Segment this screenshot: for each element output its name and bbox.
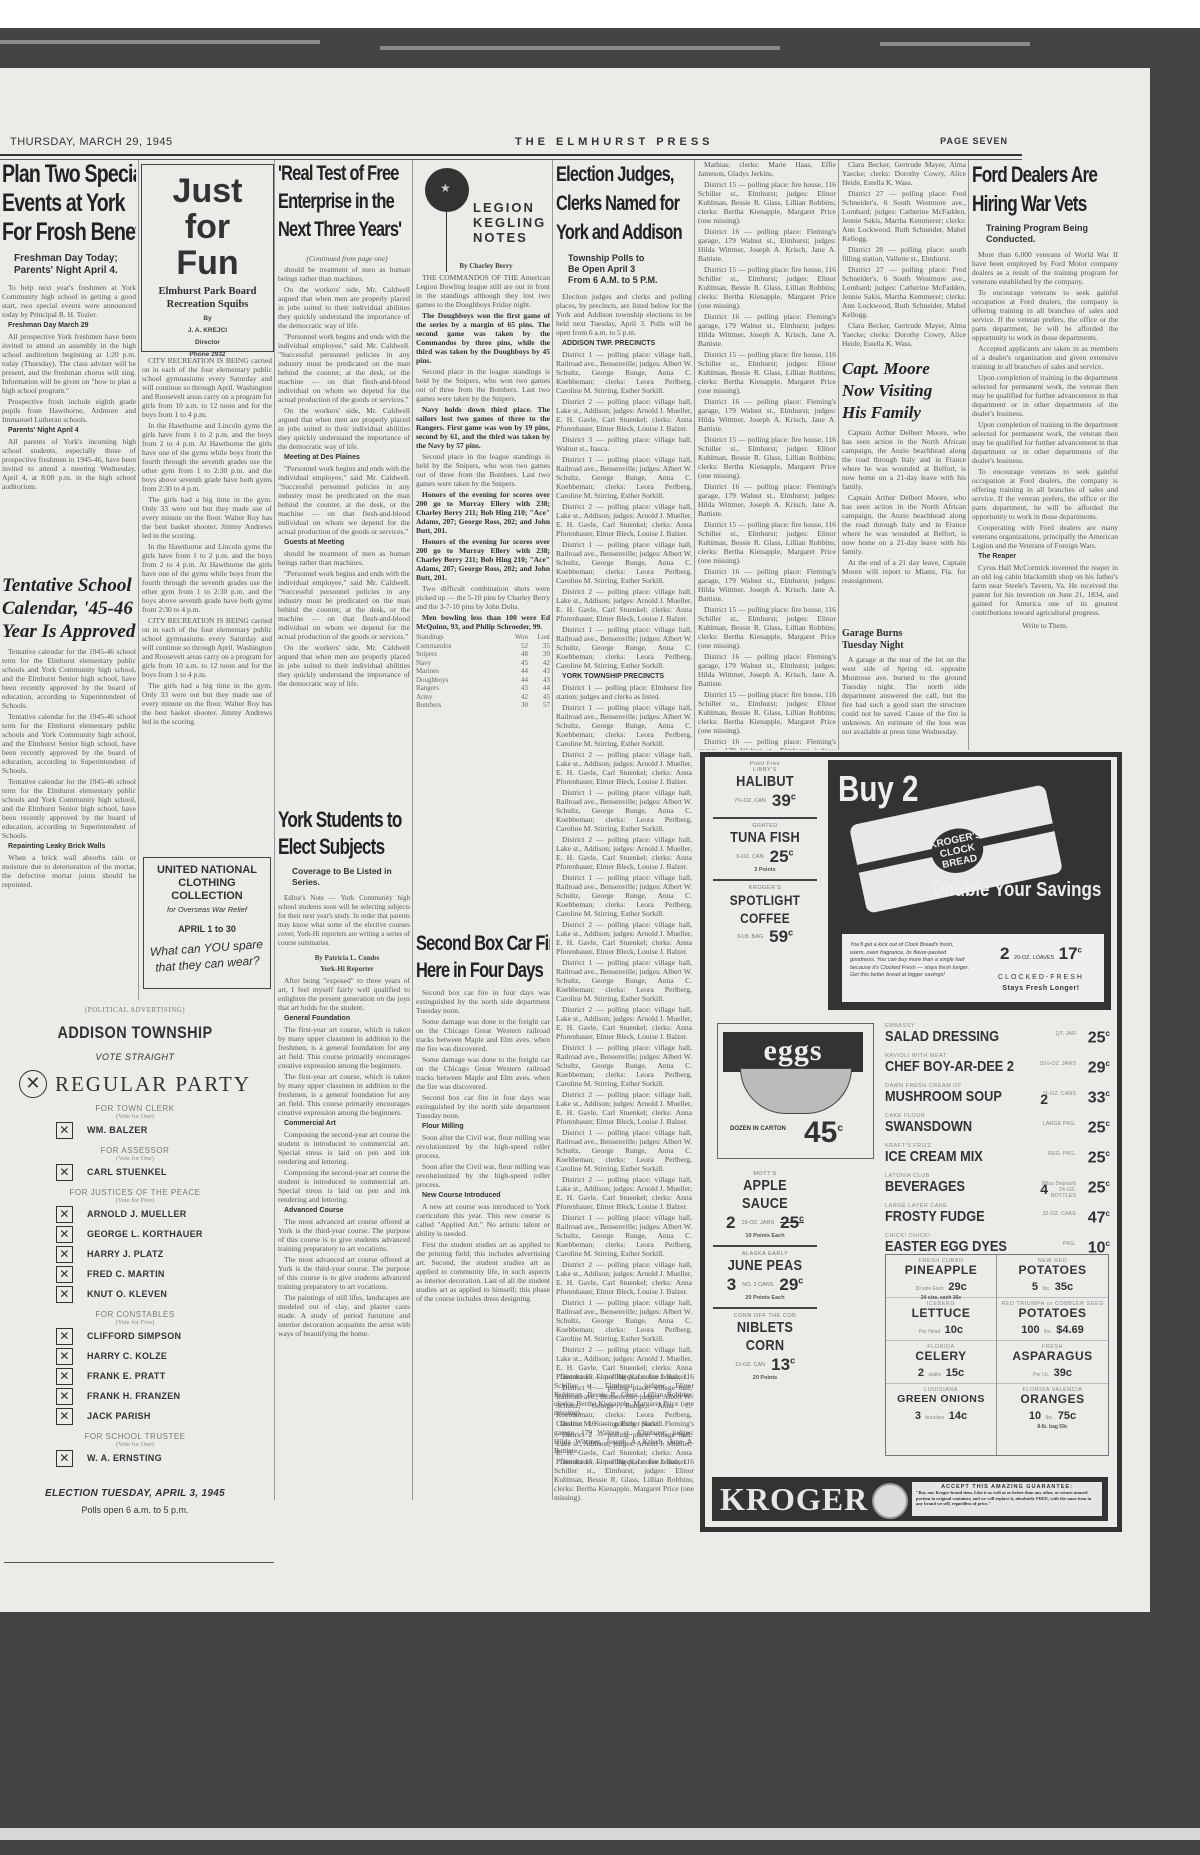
headline-line: Tuesday Night xyxy=(842,640,966,652)
article-paragraph: District 15 — polling place: fire house,… xyxy=(554,1457,694,1502)
team-cell: Rangers xyxy=(416,684,506,693)
won-cell: 30 xyxy=(506,701,528,710)
article-paragraph: Clara Becker, Gertrude Mayer, Alma Yaeck… xyxy=(842,160,966,187)
team-cell: Army xyxy=(416,693,506,702)
article-paragraph: On the workers' side, Mr. Caldwell argue… xyxy=(278,406,410,451)
american-legion-emblem-icon xyxy=(425,168,469,212)
price-row: 3-LB. BAG59c xyxy=(713,927,817,947)
office-label: FOR CONSTABLES xyxy=(0,1310,270,1319)
price-row: 216-OZ. JARS25c xyxy=(713,1213,817,1233)
checked-box-icon: ✕ xyxy=(56,1388,73,1405)
article-paragraph: District 27 — polling place: Fred Schnei… xyxy=(842,189,966,243)
newspaper-name: THE ELMHURST PRESS xyxy=(515,136,714,148)
table-row: Navy4542 xyxy=(416,659,550,668)
continued-note: (Continued from page one) xyxy=(278,254,410,263)
article-paragraph: Some damage was done to the freight car … xyxy=(416,1055,550,1091)
candidate-name: FRED C. MARTIN xyxy=(87,1269,165,1279)
article-paragraph: Second box car fire in four days was ext… xyxy=(416,1093,550,1120)
item-unit: NO. 2 CANS xyxy=(742,1282,773,1288)
column-divider xyxy=(412,160,413,1500)
item-qty: 3 xyxy=(727,1275,736,1295)
produce-item: NEW REDPOTATOES5 lbs. 35c xyxy=(997,1255,1108,1298)
ad-item: KROGER'S SPOTLIGHT COFFEE 3-LB. BAG59c xyxy=(713,881,817,953)
item-name: JUNE PEAS xyxy=(721,1257,809,1275)
ballot-bottom-rule xyxy=(4,1562,274,1563)
produce-grid: FRESH CUBANPINEAPPLE30 size Each 29c24 s… xyxy=(885,1254,1109,1456)
offer-qty: 2 xyxy=(1000,944,1009,963)
offer-unit: 20-OZ. LOAVES xyxy=(1014,955,1054,961)
article-paragraph: CITY RECREATION IS BEING carried on in e… xyxy=(142,616,272,679)
item-unit: 12-OZ. CAN xyxy=(735,1362,765,1368)
column-subtitle: Elmhurst Park Board Recreation Squibs xyxy=(142,285,273,311)
price-row: 7¾-OZ. CAN39c xyxy=(713,791,817,811)
article-capt-moore: Capt. Moore Now Visiting His Family Capt… xyxy=(842,358,966,624)
article-paragraph: The first-year art course, which is take… xyxy=(278,1072,410,1117)
article-paragraph: District 15 — polling place: fire house,… xyxy=(698,690,836,735)
headline-line: Calendar, '45-46 xyxy=(2,597,136,620)
clock-bread-badge: KROGER'S CLOCK BREAD xyxy=(927,824,987,878)
lost-cell: 45 xyxy=(528,693,550,702)
article-paragraph: Composing the second-year art course the… xyxy=(278,1130,410,1166)
column-title: Just xyxy=(142,173,273,209)
candidate-name: HARRY C. KOLZE xyxy=(87,1351,167,1361)
ad-slogan: What can YOU spare that they can wear? xyxy=(143,936,271,977)
column-divider xyxy=(552,160,553,1500)
article-paragraph: A garage at the rear of the lot on the w… xyxy=(842,655,966,736)
headline-line: York Students to xyxy=(278,806,381,833)
checked-box-icon: ✕ xyxy=(56,1450,73,1467)
item-price: $4.69 xyxy=(1056,1324,1084,1336)
issue-date: THURSDAY, MARCH 29, 1945 xyxy=(10,136,173,148)
produce-item: LOUISIANAGREEN ONIONS3 bunches 14c xyxy=(886,1384,996,1427)
article-paragraph: The girls had a big time in the gym. Onl… xyxy=(142,681,272,726)
article-paragraph: District 16 — polling place: Fleming's g… xyxy=(698,227,836,263)
ad-item: MOTT'S APPLE SAUCE 216-OZ. JARS25c 10 Po… xyxy=(713,1167,817,1247)
candidate-row: ✕GEORGE L. KORTHAUER xyxy=(56,1224,270,1244)
table-row: Snipers4839 xyxy=(416,650,550,659)
kroger-left-column: Point Free LIBBY'S HALIBUT 7¾-OZ. CAN39c… xyxy=(705,757,825,953)
won-cell: 42 xyxy=(506,693,528,702)
party-name: REGULAR PARTY xyxy=(55,1072,251,1097)
candidate-row: ✕WM. BALZER xyxy=(56,1120,270,1140)
article-paragraph: District 2 — polling place: village hall… xyxy=(556,1260,692,1296)
won-cell: 43 xyxy=(506,684,528,693)
checked-box-icon: ✕ xyxy=(56,1206,73,1223)
kroger-grocery-ad: Point Free LIBBY'S HALIBUT 7¾-OZ. CAN39c… xyxy=(700,752,1122,1532)
clocked-fresh-label: CLOCKED-FRESH xyxy=(982,974,1100,981)
article-paragraph: In the Hawthorne and Lincoln gyms the gi… xyxy=(142,542,272,614)
article-paragraph: The most advanced art course offered at … xyxy=(278,1255,410,1291)
vote-for-label: (Vote for Five) xyxy=(0,1197,270,1204)
guarantee-box: ACCEPT THIS AMAZING GUARANTEE: "Buy any … xyxy=(912,1482,1102,1516)
eggs-banner: eggs xyxy=(723,1032,863,1072)
article-paragraph: Prospective frosh include eighth grade p… xyxy=(2,397,136,424)
item-unit: Per Lb. xyxy=(1033,1372,1049,1378)
scan-streak xyxy=(380,46,780,50)
candidate-row: ✕JACK PARISH xyxy=(56,1406,270,1426)
eggs-promo: eggs DOZEN IN CARTON 45c xyxy=(717,1023,874,1159)
offer-price: 17 xyxy=(1059,944,1078,963)
ad-item: CAKE FLOURSWANSDOWNLARGE PKG.25c xyxy=(885,1113,1110,1143)
article-paragraph: Cyrus Hall McCormick invented the reaper… xyxy=(972,563,1118,617)
scan-edge-strip xyxy=(0,1828,1200,1840)
article-paragraph: Men bowling less than 100 were Ed McQuin… xyxy=(416,613,550,631)
article-paragraph: Accepted applicants are taken in as memb… xyxy=(972,344,1118,371)
headline-line: Here in Four Days xyxy=(416,957,521,984)
item-unit: 6-OZ. CAN xyxy=(736,854,763,860)
ad-item: EMBASSYSALAD DRESSINGQT. JAR25c xyxy=(885,1023,1110,1053)
table-row: Doughboys4443 xyxy=(416,676,550,685)
checked-box-icon: ✕ xyxy=(56,1286,73,1303)
produce-item: FLORIDA VALENCIAORANGES10 lbs. 75c8-lb. … xyxy=(997,1384,1108,1427)
ad-item: DAWN FRESH CREAM OFMUSHROOM SOUP211-OZ. … xyxy=(885,1083,1110,1113)
article-subhead: Commercial Art xyxy=(278,1119,410,1128)
item-price: 25c xyxy=(1088,1179,1110,1197)
article-paragraph: District 15 — polling place: fire house,… xyxy=(698,350,836,395)
article-box-car-fire: Second Box Car Fire Here in Four Days Se… xyxy=(416,930,550,1520)
item-unit: 32-OZ. CAKE xyxy=(1042,1211,1076,1217)
article-paragraph: On the workers' side, Mr. Caldwell argue… xyxy=(278,285,410,330)
headline-line: Events at York xyxy=(2,189,107,218)
ad-item: LATONIA CLUBBEVERAGES4(Plus Deposit) 24-… xyxy=(885,1173,1110,1203)
candidate-row: ✕W. A. ERNSTING xyxy=(56,1448,270,1468)
article-paragraph: More than 6,000 veterans of World War II… xyxy=(972,250,1118,286)
item-unit: 7¾-OZ. CAN xyxy=(734,798,766,804)
article-paragraph: The first-year art course, which is take… xyxy=(278,1025,410,1070)
article-paragraph: District 1 — polling place: village hall… xyxy=(556,1043,692,1088)
article-paragraph: CITY RECREATION IS BEING carried on in e… xyxy=(142,356,272,419)
article-paragraph: Soon after the Civil war, flour milling … xyxy=(416,1133,550,1160)
article-paragraph: Second box car fire in four days was ext… xyxy=(416,988,550,1015)
headline-line: Tentative School xyxy=(2,574,136,597)
article-paragraph: District 16 — polling place: Fleming's g… xyxy=(698,482,836,518)
headline-line: Enterprise in the xyxy=(278,188,381,216)
lost-cell: 39 xyxy=(528,650,550,659)
item-price: 29c xyxy=(779,1275,803,1295)
column-divider xyxy=(838,160,839,750)
article-paragraph: District 1 — polling place: village hall… xyxy=(556,703,692,748)
headline-line: Year Is Approved xyxy=(2,620,136,643)
byline-role: York-Hi Reporter xyxy=(278,965,410,974)
candidate-name: GEORGE L. KORTHAUER xyxy=(87,1229,203,1239)
clothing-collection-ad: UNITED NATIONAL CLOTHING COLLECTION for … xyxy=(143,857,271,989)
item-unit: QT. JAR xyxy=(1056,1031,1076,1037)
ad-item: RAVIOLI WITH MEATCHEF BOY-AR-DEE 215½-OZ… xyxy=(885,1053,1110,1083)
article-paragraph: District 15 — polling place: fire house,… xyxy=(698,435,836,480)
item-name: POTATOES xyxy=(999,1307,1106,1320)
candidate-row: ✕CLIFFORD SIMPSON xyxy=(56,1326,270,1346)
checked-box-icon: ✕ xyxy=(56,1266,73,1283)
article-subhead: Flour Milling xyxy=(416,1122,550,1131)
title-line: LEGION xyxy=(473,200,546,215)
title-line: KEGLING xyxy=(473,215,546,230)
article-paragraph: After being "exposed" to three years of … xyxy=(278,976,410,1012)
article-paragraph: Composing the second-year art course the… xyxy=(278,1168,410,1204)
article-subhead: General Foundation xyxy=(278,1014,410,1023)
article-frosh: Plan Two Special Events at York For Fros… xyxy=(2,160,136,560)
item-name: SALAD DRESSING xyxy=(885,1029,1076,1045)
column-title: for xyxy=(142,209,273,245)
office-label: FOR TOWN CLERK xyxy=(0,1104,270,1113)
header-cell: Standings xyxy=(416,633,506,642)
item-price: 33c xyxy=(1088,1089,1110,1107)
item-unit: lbs. xyxy=(1046,1415,1054,1421)
item-unit: lbs. xyxy=(1042,1286,1050,1292)
article-paragraph: District 3 — polling place: village hall… xyxy=(556,435,692,453)
item-price: 29c xyxy=(1088,1059,1110,1077)
item-name: ORANGES xyxy=(999,1393,1106,1406)
article-york-students: York Students to Elect Subjects Coverage… xyxy=(278,806,410,1521)
article-subhead: ADDISON TWP. PRECINCTS xyxy=(556,339,692,348)
item-price: 75c xyxy=(1058,1410,1076,1422)
article-paragraph: "Personnel work begins and ends with the… xyxy=(278,464,410,536)
item-name: POTATOES xyxy=(999,1264,1106,1277)
article-election-continued-2: Clara Becker, Gertrude Mayer, Alma Yaeck… xyxy=(842,160,966,350)
won-cell: 45 xyxy=(506,659,528,668)
article-paragraph: To encourage veterans to seek gainful oc… xyxy=(972,288,1118,342)
item-note: 8-lb. bag 59c xyxy=(999,1424,1106,1430)
title-line: NOTES xyxy=(473,230,546,245)
checked-box-icon: ✕ xyxy=(56,1408,73,1425)
item-qty: 2 xyxy=(726,1213,735,1233)
article-paragraph: "Personnel work begins and ends with the… xyxy=(278,332,410,404)
item-unit: 15½-OZ. JARS xyxy=(1039,1061,1076,1067)
candidate-name: CARL STUENKEL xyxy=(87,1167,167,1177)
article-paragraph: District 27 — polling place: Fred Schnei… xyxy=(842,265,966,319)
polls-hours: Polls open 6 a.m. to 5 p.m. xyxy=(0,1505,270,1515)
ad-subtitle: for Overseas War Relief xyxy=(144,905,270,914)
article-paragraph: THE COMMANDOS OF THE American Legion Bow… xyxy=(416,273,550,309)
editors-note: Editor's Note — York Community high scho… xyxy=(278,894,410,948)
kroger-footer-banner: KROGER ACCEPT THIS AMAZING GUARANTEE: "B… xyxy=(712,1477,1108,1521)
article-deck: Freshman Day Today; Parents' Night April… xyxy=(14,253,124,277)
article-school-calendar: Tentative School Calendar, '45-46 Year I… xyxy=(2,574,136,994)
article-paragraph: In the Hawthorne and Lincoln gyms the gi… xyxy=(142,421,272,493)
headline-line: Now Visiting xyxy=(842,380,966,402)
article-paragraph: Some damage was done to the freight car … xyxy=(416,1017,550,1053)
item-name: EASTER EGG DYES xyxy=(885,1239,1076,1255)
team-cell: Bombers xyxy=(416,701,506,710)
item-name: CELERY xyxy=(888,1350,994,1363)
article-paragraph: District 2 — polling place: village hall… xyxy=(556,587,692,623)
scan-dark-edge-right xyxy=(1148,28,1200,1618)
team-cell: Doughboys xyxy=(416,676,506,685)
article-paragraph: District 2 — polling place: village hall… xyxy=(556,920,692,956)
table-row: Commandos5235 xyxy=(416,642,550,651)
produce-item: RED TRIUMPH or COBBLER SEEDPOTATOES100 l… xyxy=(997,1298,1108,1341)
article-paragraph: Second place in the league standings is … xyxy=(416,367,550,403)
article-paragraph: A new art course was introduced to York … xyxy=(416,1202,550,1238)
article-free-enterprise: 'Real Test of Free Enterprise in the Nex… xyxy=(278,160,410,800)
item-price: 39c xyxy=(772,791,796,811)
item-price: 10c xyxy=(945,1324,963,1336)
item-name: TUNA FISH xyxy=(721,829,809,847)
eggs-price: 45c xyxy=(804,1116,843,1150)
article-paragraph: Honors of the evening for scores over 20… xyxy=(416,490,550,535)
article-legion-kegling: By Charley Berry THE COMMANDOS OF THE Am… xyxy=(416,262,550,817)
item-name: LETTUCE xyxy=(888,1307,994,1320)
ad-item: ALASKA EARLY JUNE PEAS 3NO. 2 CANS29c 20… xyxy=(713,1247,817,1309)
addison-township-ballot-ad: (POLITICAL ADVERTISING) ADDISON TOWNSHIP… xyxy=(0,1000,270,1490)
deck-line: From 6 A.M. to 5 P.M. xyxy=(568,275,680,286)
ad-item: GRATED TUNA FISH 6-OZ. CAN25c 3 Points xyxy=(713,819,817,881)
headline-line: 'Real Test of Free xyxy=(278,160,381,188)
article-paragraph: District 16 — polling place: Fleming's g… xyxy=(698,567,836,603)
byline-author: By Charley Berry xyxy=(416,262,550,271)
item-qty: 100 xyxy=(1021,1324,1039,1336)
byline-by: By xyxy=(142,315,273,323)
kroger-left-column-2: MOTT'S APPLE SAUCE 216-OZ. JARS25c 10 Po… xyxy=(705,1167,825,1387)
item-name: ASPARAGUS xyxy=(999,1350,1106,1363)
column-divider xyxy=(138,160,139,1000)
article-paragraph: should be treatment of men as human bein… xyxy=(278,549,410,567)
item-unit: stalks xyxy=(928,1372,941,1378)
item-points: 20 Points xyxy=(713,1375,817,1381)
headline-line: Clerks Named for xyxy=(556,189,662,218)
article-paragraph: District 15 — polling place: fire house,… xyxy=(698,265,836,310)
article-paragraph: Navy holds down third place. The sailors… xyxy=(416,405,550,450)
checked-box-icon: ✕ xyxy=(56,1246,73,1263)
headline-line: York and Addison xyxy=(556,218,662,247)
ad-item: Point Free LIBBY'S HALIBUT 7¾-OZ. CAN39c xyxy=(713,757,817,819)
article-election-continued: Mathias; clerks: Marie Haas, Effie James… xyxy=(698,160,836,750)
article-paragraph: District 1 — polling place: village hall… xyxy=(556,455,692,500)
produce-item: FLORIDACELERY2 stalks 15c xyxy=(886,1341,996,1384)
lost-cell: 44 xyxy=(528,684,550,693)
article-paragraph: District 2 — polling place: village hall… xyxy=(556,1175,692,1211)
eggs-unit: DOZEN IN CARTON xyxy=(730,1124,786,1134)
article-just-for-fun-body: CITY RECREATION IS BEING carried on in e… xyxy=(142,356,272,846)
article-paragraph: District 1 — polling place: village hall… xyxy=(556,540,692,585)
article-election-judges: Election Judges, Clerks Named for York a… xyxy=(556,160,692,1520)
guarantee-seal-icon xyxy=(872,1483,908,1519)
item-unit: lbs. xyxy=(1044,1329,1052,1335)
candidate-name: FRANK H. FRANZEN xyxy=(87,1391,180,1401)
candidate-name: WM. BALZER xyxy=(87,1125,148,1135)
offer-price-row: 2 20-OZ. LOAVES 17c xyxy=(982,944,1100,964)
checked-box-icon: ✕ xyxy=(56,1328,73,1345)
table-row: Bombers3057 xyxy=(416,701,550,710)
article-paragraph: To encourage veterans to seek gainful oc… xyxy=(972,467,1118,521)
article-paragraph: District 1 — polling place: village hall… xyxy=(556,958,692,1003)
item-price: 25c xyxy=(1088,1149,1110,1167)
vote-for-label: (Vote for Five) xyxy=(0,1319,270,1326)
vote-for-label: (Vote for One) xyxy=(0,1155,270,1162)
header-cell: Won xyxy=(506,633,528,642)
checked-box-icon: ✕ xyxy=(56,1164,73,1181)
headline-line: Next Three Years' xyxy=(278,216,381,244)
article-paragraph: District 16 — polling place: Fleming's g… xyxy=(698,312,836,348)
article-paragraph: District 1 — polling place: village hall… xyxy=(556,873,692,918)
item-price: 14c xyxy=(949,1410,967,1422)
item-unit: REG. PKG. xyxy=(1048,1151,1076,1157)
article-paragraph: District 16 — polling place: Fleming's g… xyxy=(698,737,836,750)
clock-bread-promo: Buy 2 KROGER'S CLOCK BREAD Double Your S… xyxy=(828,760,1111,1010)
candidate-name: FRANK E. PRATT xyxy=(87,1371,166,1381)
item-price: 25c xyxy=(1088,1029,1110,1047)
article-subhead: The Reaper xyxy=(972,552,1118,561)
item-price: 13c xyxy=(771,1355,795,1375)
team-cell: Commandos xyxy=(416,642,506,651)
just-for-fun-box: Just for Fun Elmhurst Park Board Recreat… xyxy=(141,164,274,352)
article-paragraph: District 1 — polling place: village hall… xyxy=(556,1213,692,1258)
item-price: 47c xyxy=(1088,1209,1110,1227)
article-paragraph: Tentative calendar for the 1945-46 schoo… xyxy=(2,647,136,710)
item-qty: 5 xyxy=(1032,1281,1038,1293)
candidate-name: KNUT O. KLEVEN xyxy=(87,1289,167,1299)
headline-line: Ford Dealers Are xyxy=(972,160,1086,189)
headline-line: Plan Two Special xyxy=(2,160,107,189)
kroger-item-list: EMBASSYSALAD DRESSINGQT. JAR25c RAVIOLI … xyxy=(885,1023,1110,1263)
item-name: SPOTLIGHT COFFEE xyxy=(721,891,809,927)
article-paragraph: District 1 — polling place: village hall… xyxy=(556,1128,692,1173)
article-subhead: YORK TOWNSHIP PRECINCTS xyxy=(556,672,692,681)
article-paragraph: District 1 — polling place: village hall… xyxy=(556,350,692,395)
scan-dark-band-bottom xyxy=(0,1612,1200,1855)
produce-item: ICEBERGLETTUCEPer Head 10c xyxy=(886,1298,996,1341)
article-paragraph: Soon after the Civil war, flour milling … xyxy=(416,1162,550,1189)
guarantee-text: "Buy any Kroger brand item. Like it as w… xyxy=(916,1490,1098,1507)
candidate-row: ✕KNUT O. KLEVEN xyxy=(56,1284,270,1304)
offer-cents: c xyxy=(1078,946,1082,955)
promo-copy-box: You'll get a kick out of Clock Bread's f… xyxy=(842,934,1104,1002)
candidate-row: ✕FRED C. MARTIN xyxy=(56,1264,270,1284)
candidate-row: ✕FRANK E. PRATT xyxy=(56,1366,270,1386)
article-paragraph: The paintings of still lifes, landscapes… xyxy=(278,1293,410,1338)
article-deck: Training Program Being Conducted. xyxy=(986,223,1104,245)
article-paragraph: Second place in the league standings is … xyxy=(416,452,550,488)
article-paragraph: District 2 — polling place: village hall… xyxy=(556,397,692,433)
won-cell: 44 xyxy=(506,667,528,676)
vote-for-label: (Vote for One) xyxy=(0,1441,270,1448)
produce-column: NEW REDPOTATOES5 lbs. 35c RED TRIUMPH or… xyxy=(997,1255,1108,1455)
article-paragraph: On the workers' side, Mr. Caldwell argue… xyxy=(278,643,410,688)
item-qty: 3 xyxy=(915,1410,921,1422)
item-unit: 3-LB. BAG xyxy=(737,934,763,940)
scan-dark-band-top xyxy=(0,28,1200,70)
lost-cell: 57 xyxy=(528,701,550,710)
team-cell: Navy xyxy=(416,659,506,668)
candidate-row: ✕FRANK H. FRANZEN xyxy=(56,1386,270,1406)
kroger-logo: KROGER xyxy=(720,1481,868,1518)
office-label: FOR SCHOOL TRUSTEE xyxy=(0,1432,270,1441)
scan-streak xyxy=(0,40,320,44)
article-paragraph: Upon completion of training in the depar… xyxy=(972,420,1118,465)
ad-item: KRAFT'S FRIZZICE CREAM MIXREG. PKG.25c xyxy=(885,1143,1110,1173)
column-title: Fun xyxy=(142,245,273,281)
article-paragraph: District 16 — polling place: Fleming's g… xyxy=(698,652,836,688)
column-divider xyxy=(274,160,275,1500)
article-paragraph: Honors of the evening for scores over 20… xyxy=(416,537,550,582)
item-name: PINEAPPLE xyxy=(888,1264,994,1277)
article-subhead: Repainting Leaky Brick Walls xyxy=(2,842,136,851)
headline-line: For Frosh Benefit xyxy=(2,218,107,247)
article-deck: Coverage to Be Listed in Series. xyxy=(292,866,396,888)
article-garage-burns: Garage Burns Tuesday Night A garage at t… xyxy=(842,628,966,746)
promo-offer: 2 20-OZ. LOAVES 17c CLOCKED-FRESH Stays … xyxy=(982,944,1100,992)
article-paragraph: Captain Arthur Delbert Moore, who has se… xyxy=(842,493,966,556)
article-paragraph: Clara Becker, Gertrude Mayer, Alma Yaeck… xyxy=(842,321,966,348)
ad-dates: APRIL 1 to 30 xyxy=(144,924,270,934)
lost-cell: 43 xyxy=(528,676,550,685)
page-header: THURSDAY, MARCH 29, 1945 THE ELMHURST PR… xyxy=(0,136,1018,152)
article-paragraph: District 1 — polling place: village hall… xyxy=(556,625,692,670)
byline-role: Director xyxy=(142,339,273,347)
item-unit: bunches xyxy=(925,1415,944,1421)
article-paragraph: Captain Arthur Delbert Moore, who has se… xyxy=(842,428,966,491)
item-name: APPLE SAUCE xyxy=(721,1177,809,1213)
headline-line: Election Judges, xyxy=(556,160,662,189)
